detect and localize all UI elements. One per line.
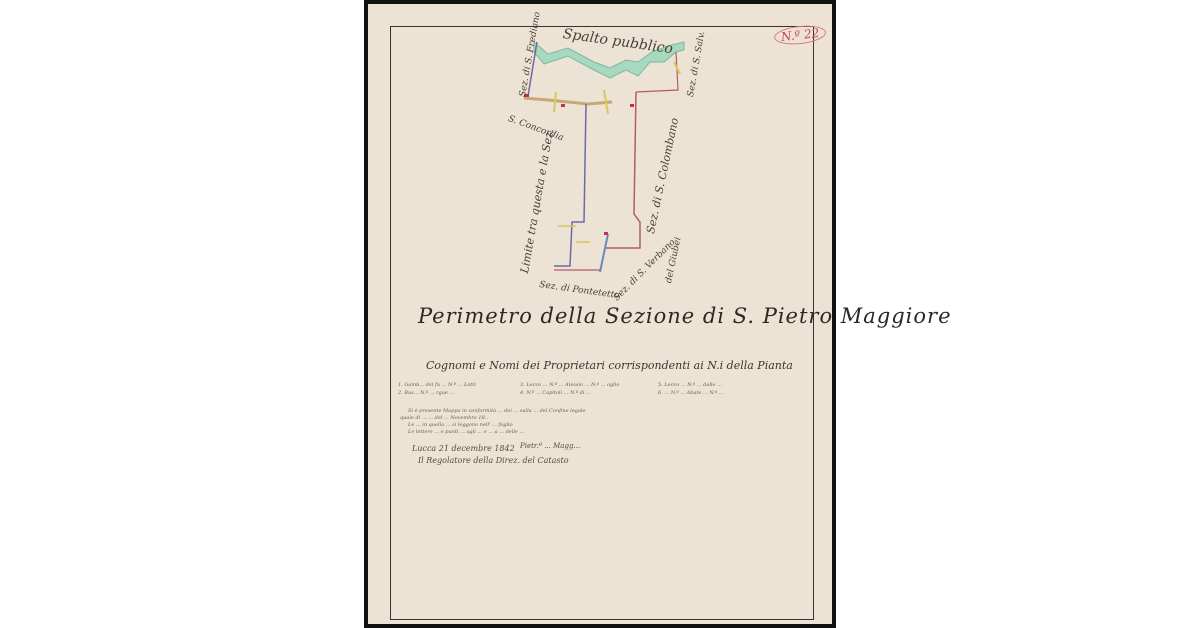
note-line: quale di ... ... del ... Novembre 18.. [400, 415, 488, 421]
signature-place-date: Lucca 21 decembre 1842 [412, 444, 515, 453]
legend-entry: 1. Gamb... del fu ... N.º ... Lotti [398, 382, 476, 388]
legend-entry: 2. Bus... N.º ... rgue ... [398, 390, 454, 396]
signature-signer: Pietr.º ... Magg... [520, 442, 580, 450]
signature-office: Il Regolatore della Direz. del Catasto [418, 456, 569, 465]
map-sheet: N.º 22 Sp [364, 0, 836, 628]
legend-entry: 3. Lecco ... N.º ... Alessio ... N.º ...… [520, 382, 619, 388]
legend-entry: 4. N.º ... Capitoli ... N.º di ... [520, 390, 591, 396]
map-subtitle: Cognomi e Nomi dei Proprietari corrispon… [426, 359, 793, 372]
legend-entry: 6. ... N.º ... Abate ... N.º ... [658, 390, 724, 396]
note-line: Si è presente Mappa in conformità ... de… [408, 408, 585, 414]
legend-entry: 5. Lecco ... N.º ... dalle ... [658, 382, 722, 388]
map-title: Perimetro della Sezione di S. Pietro Mag… [418, 304, 952, 328]
note-line: Le ... in quella ... si leggono nell' ..… [408, 422, 513, 428]
note-line: Le lettere ... e punti ... agli ... e ..… [408, 429, 524, 435]
paper: N.º 22 Sp [368, 4, 832, 624]
